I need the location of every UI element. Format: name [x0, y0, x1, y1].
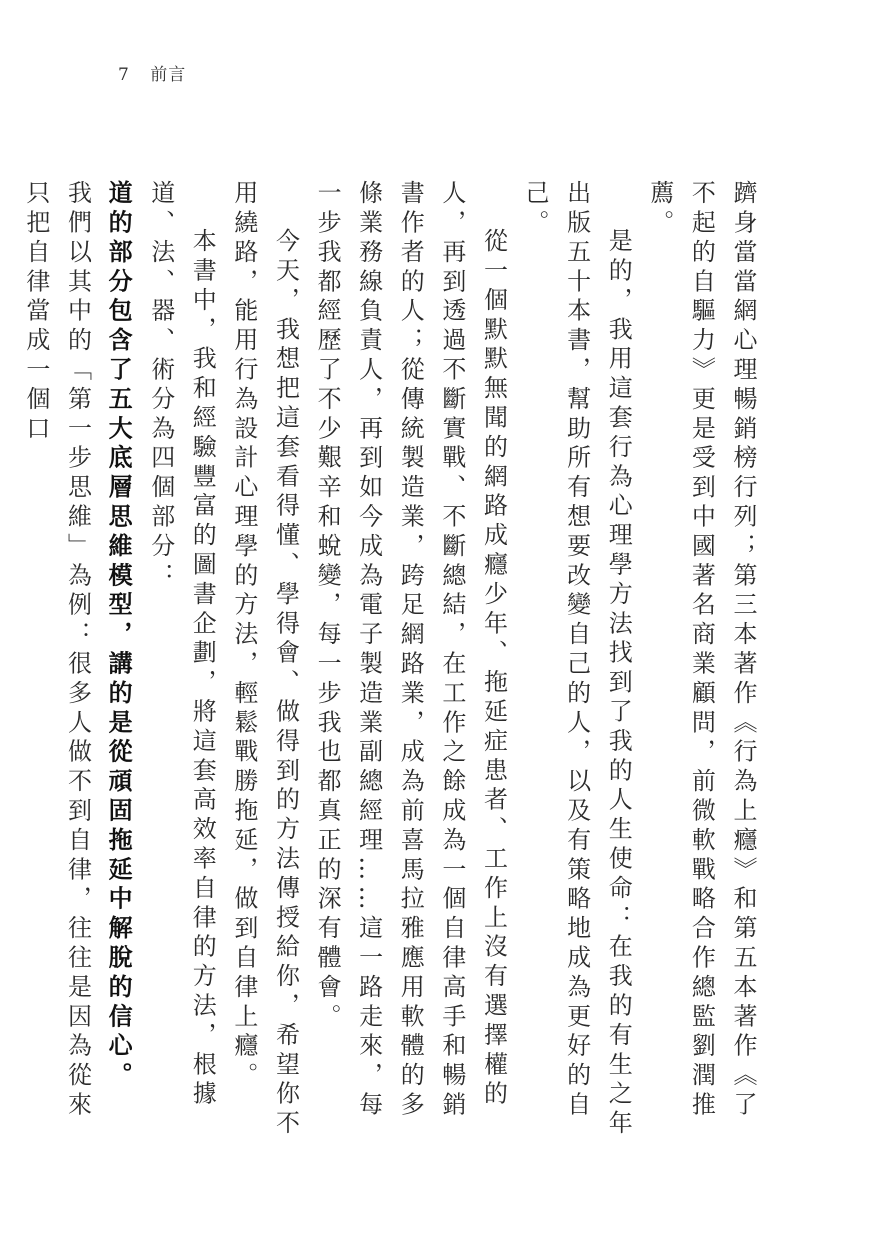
paragraph: 我們以其中的「第一步思維」為例：很多人做不到自律，往往是因為從來只把自律當成一個… — [14, 180, 97, 1140]
paragraph: 本書中，我和經驗豐富的圖書企劃，將這套高效率自律的方法，根據道、法、器、術分為四… — [139, 180, 222, 1140]
paragraph: 躋身當當網心理暢銷榜行列；第三本著作《行為上癮》和第五本著作《了不起的自驅力》更… — [638, 180, 763, 1140]
section-title: 前言 — [150, 65, 186, 85]
paragraph: 從一個默默無聞的網路成癮少年、拖延症患者、工作上沒有選擇權的人，再到透過不斷實戰… — [305, 180, 513, 1140]
paragraph: 今天，我想把這套看得懂、學得會、做得到的方法傳授給你，希望你不用繞路，能用行為設… — [222, 180, 305, 1140]
running-header: 7 前言 — [118, 60, 186, 85]
vertical-text-body: 躋身當當網心理暢銷榜行列；第三本著作《行為上癮》和第五本著作《了不起的自驅力》更… — [103, 180, 763, 1140]
page-number: 7 — [118, 65, 130, 85]
paragraph: 是的，我用這套行為心理學方法找到了我的人生使命：在我的有生之年出版五十本書，幫助… — [513, 180, 638, 1140]
bold-paragraph: 道的部分包含了五大底層思維模型，講的是從頑固拖延中解脫的信心。 — [98, 180, 140, 1140]
